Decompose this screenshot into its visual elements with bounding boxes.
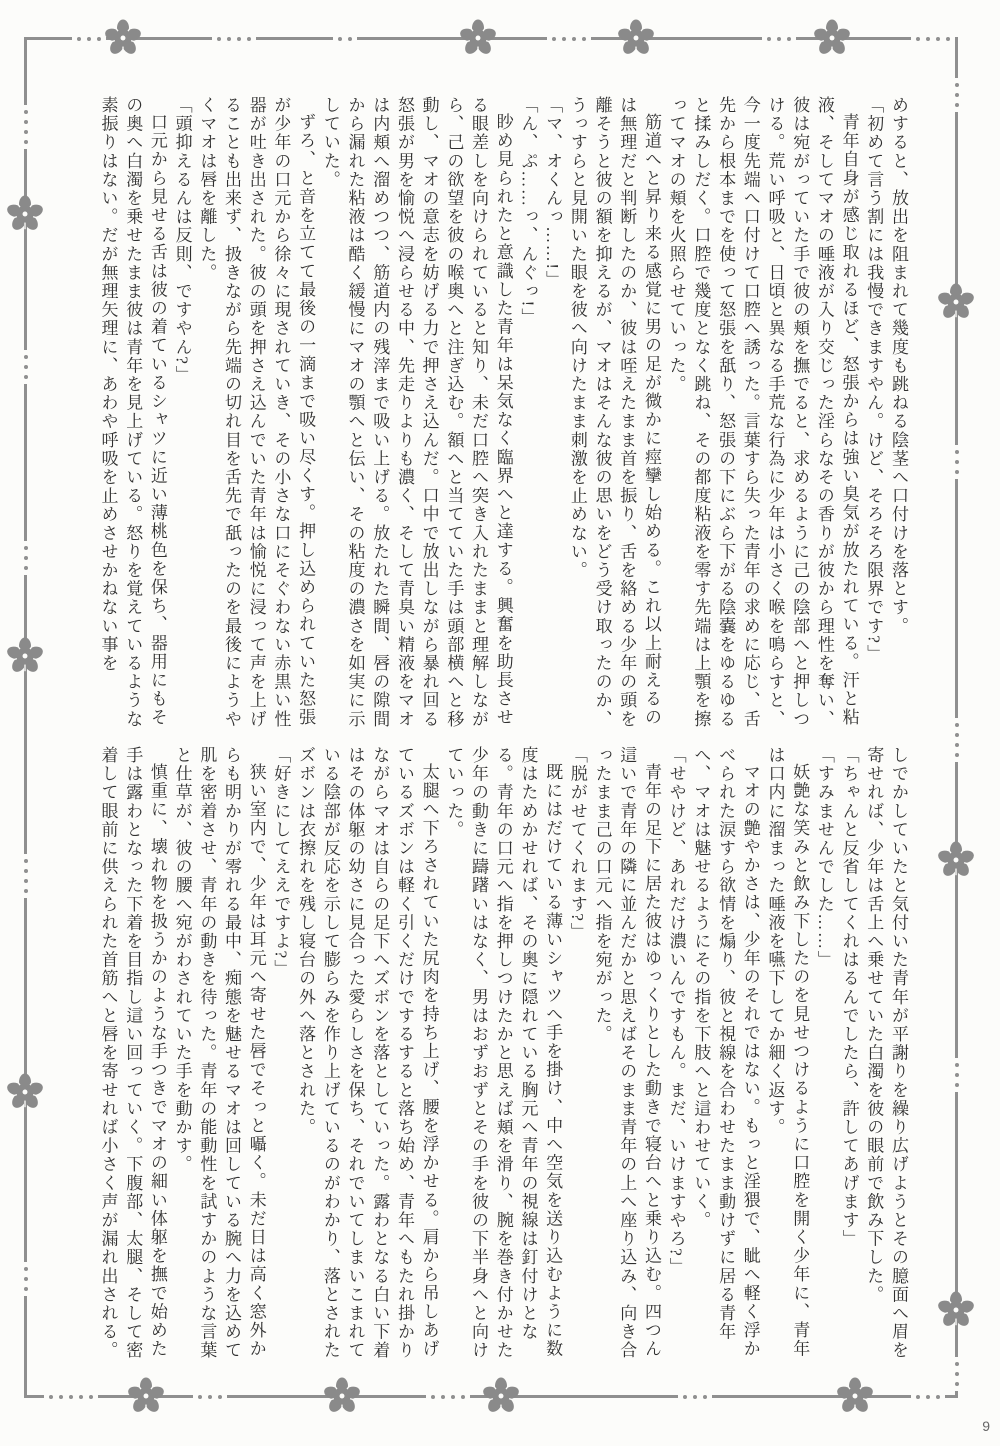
- border-edge-right: [955, 37, 958, 1398]
- scanned-novel-page: { "page": { "page_number": "9", "backgro…: [0, 0, 1000, 1446]
- border-dots: [911, 34, 955, 43]
- border-edge-bottom: [25, 1395, 958, 1398]
- border-dots: [952, 78, 961, 112]
- flower-clover-icon: [937, 841, 975, 879]
- paragraph: 慎重に、壊れ物を扱うかのような手つきでマオの細い体躯を撫で始めた手は露わとなった…: [95, 746, 169, 1374]
- paragraph-dialogue: 「初めて言う割には我慢できますやん。けど、そろそろ限界です?」: [861, 96, 886, 736]
- flower-clover-icon: [6, 637, 44, 675]
- paragraph: 既にはだけている薄いシャツへ手を掛け、中へ空気を送り込むように数度はためかせれば…: [441, 746, 565, 1374]
- flower-clover-icon: [937, 1291, 975, 1329]
- paragraph-dialogue: 「ん、ぷ……っ、んぐっ!」: [515, 96, 540, 736]
- paragraph: 筋道へと昇り来る感覚に男の足が微かに痙攣し始める。これ以上耐えるのは無理だと判断…: [564, 96, 663, 736]
- border-dots: [952, 445, 961, 479]
- flower-clover-icon: [6, 195, 44, 233]
- paragraph: マオの艶やかさは、少年のそれではない。もっと淫猥で、眦へ軽く浮かべられた涙すら欲…: [688, 746, 762, 1374]
- border-dots: [212, 34, 256, 43]
- flower-clover-icon: [937, 283, 975, 321]
- flower-clover-icon: [127, 1377, 165, 1415]
- border-dots: [426, 1392, 470, 1401]
- flower-clover-icon: [836, 1377, 874, 1415]
- border-dots: [44, 1392, 98, 1401]
- border-dots: [762, 34, 796, 43]
- border-dots: [193, 1392, 227, 1401]
- flower-clover-icon: [104, 19, 142, 57]
- flower-clover-icon: [6, 1073, 44, 1111]
- border-dots: [952, 1058, 961, 1092]
- paragraph-dialogue: 「マ、オくんっ……!」: [539, 96, 564, 736]
- border-dots: [72, 34, 106, 43]
- border-edge-left: [24, 37, 27, 1398]
- flower-clover-icon: [482, 1377, 520, 1415]
- paragraph-dialogue: 「せやけど、あれだけ濃いんですもん。まだ、いけますやろ?」: [663, 746, 688, 1374]
- novel-text-block-upper: めすると、放出を阻まれて幾度も跳ねる陰茎へ口付けを落とす。 「初めて言う割には我…: [92, 96, 910, 736]
- border-dots: [547, 34, 591, 43]
- border-dots: [911, 1392, 945, 1401]
- page-number: 9: [982, 1418, 990, 1434]
- border-dots: [21, 105, 30, 149]
- border-dots: [21, 541, 30, 575]
- border-dots: [952, 718, 961, 762]
- border-dots: [21, 350, 30, 384]
- border-dots: [952, 1357, 961, 1391]
- paragraph: 太腿へ下ろされていた尻肉を持ち上げ、腰を浮かせる。肩から吊しあげているズボンは軽…: [292, 746, 440, 1374]
- paragraph: 眇め見られたと意識した青年は呆気なく臨界へと達する。興奮を助長させる眼差しを向け…: [317, 96, 515, 736]
- paragraph-dialogue: 「頭抑えるんは反則、ですやん?」: [169, 96, 194, 736]
- paragraph: めすると、放出を阻まれて幾度も跳ねる陰茎へ口付けを落とす。: [885, 96, 910, 736]
- paragraph: 妖艶な笑みと飲み下したのを見せつけるように口腔を開く少年に、青年は口内に溜まった…: [762, 746, 811, 1374]
- novel-text-block-lower: しでかしていたと気付いた青年が平謝りを繰り広げようとその臆面へ眉を寄せれば、少年…: [92, 746, 910, 1374]
- flower-clover-icon: [813, 19, 851, 57]
- flower-clover-icon: [617, 19, 655, 57]
- paragraph: 青年の足下に居た彼はゆっくりとした動きで寝台へと乗り込む。四つん這いで青年の隣に…: [589, 746, 663, 1374]
- paragraph-dialogue: 「ちゃんと反省してくれはるんでしたら、許してあげます」: [836, 746, 861, 1374]
- paragraph-dialogue: 「脱がせてくれます?」: [564, 746, 589, 1374]
- paragraph: しでかしていたと気付いた青年が平謝りを繰り広げようとその臆面へ眉を寄せれば、少年…: [861, 746, 910, 1374]
- paragraph: ずろ、と音を立てて最後の一滴まで吸い尽くす。押し込められていた怒張が少年の口元か…: [194, 96, 318, 736]
- paragraph: 口元から見せる舌は彼の着ているシャツに近い薄桃色を保ち、器用にもその奥へ白濁を乗…: [95, 96, 169, 736]
- paragraph-dialogue: 「好きにしてええですよ?」: [268, 746, 293, 1374]
- flower-clover-icon: [459, 19, 497, 57]
- paragraph: 狭い室内で、少年は耳元へ寄せた唇でそっと囁く。未だ日は高く窓外からも明かりが零れ…: [169, 746, 268, 1374]
- border-dots: [678, 1392, 712, 1401]
- border-dots: [333, 34, 357, 43]
- border-edge-top: [25, 37, 958, 40]
- border-dots: [21, 1262, 30, 1296]
- flower-clover-icon: [323, 1377, 361, 1415]
- paragraph-dialogue: 「すみませんでした……」: [811, 746, 836, 1374]
- border-dots: [21, 854, 30, 898]
- paragraph: 青年自身が感じ取れるほど、怒張からは強い臭気が放たれている。汗と粘液、そしてマオ…: [663, 96, 861, 736]
